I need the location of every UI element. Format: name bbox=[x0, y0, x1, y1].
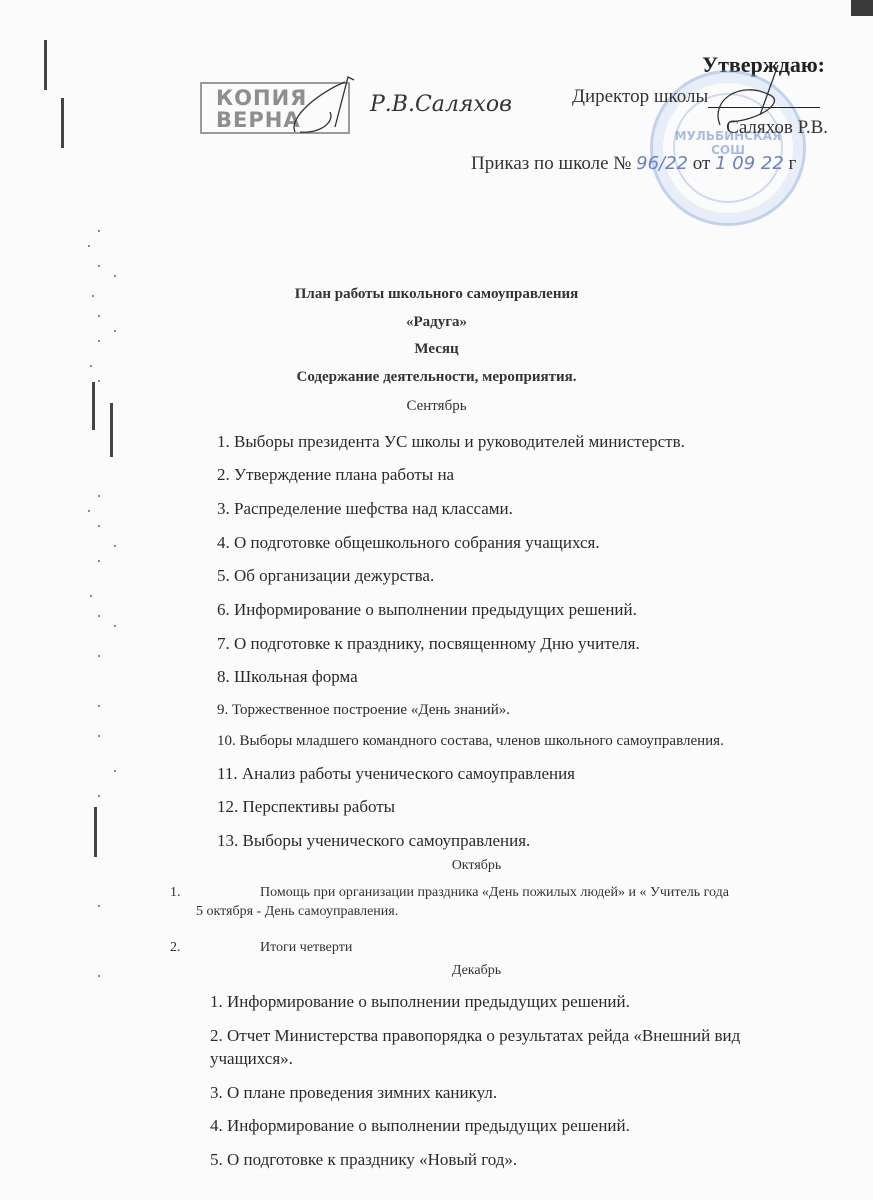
copy-signature-icon bbox=[290, 72, 370, 142]
list-item: Помощь при организации праздника «День п… bbox=[260, 885, 729, 901]
section-heading-december: Декабрь bbox=[40, 963, 873, 979]
list-item: 1. Информирование о выполнении предыдущи… bbox=[210, 992, 630, 1012]
list-item-continuation: учащихся». bbox=[210, 1049, 293, 1069]
list-item: 1. Выборы президента УС школы и руководи… bbox=[217, 432, 685, 452]
list-item: 3. Распределение шефства над классами. bbox=[217, 499, 513, 519]
scan-artifact-bar bbox=[61, 98, 64, 148]
section-heading-september: Сентябрь bbox=[0, 398, 873, 415]
order-from: от bbox=[693, 153, 711, 174]
list-item: 11. Анализ работы ученического самоуправ… bbox=[217, 764, 575, 784]
content-heading: Содержание деятельности, мероприятия. bbox=[0, 369, 873, 386]
scan-artifact-bar bbox=[44, 40, 47, 90]
order-date: 1 09 22 bbox=[715, 153, 784, 174]
list-item: 6. Информирование о выполнении предыдущи… bbox=[217, 600, 637, 620]
list-item: 7. О подготовке к празднику, посвященном… bbox=[217, 634, 640, 654]
director-name: Саляхов Р.В. bbox=[726, 117, 828, 139]
list-item: 8. Школьная форма bbox=[217, 667, 358, 687]
list-item: 5. О подготовке к празднику «Новый год». bbox=[210, 1150, 517, 1170]
order-suffix: г bbox=[789, 153, 797, 174]
list-item: 9. Торжественное построение «День знаний… bbox=[217, 702, 510, 719]
list-item: 3. О плане проведения зимних каникул. bbox=[210, 1083, 497, 1103]
order-line: Приказ по школе № 96/22 от 1 09 22 г bbox=[471, 153, 796, 175]
list-item: 4. О подготовке общешкольного собрания у… bbox=[217, 533, 600, 553]
list-item: Итоги четверти bbox=[260, 940, 352, 956]
director-label: Директор школы bbox=[572, 86, 708, 107]
list-item-number: 1. bbox=[170, 885, 181, 901]
month-heading: Месяц bbox=[0, 341, 873, 358]
list-item: 2. Отчет Министерства правопорядка о рез… bbox=[210, 1026, 740, 1046]
plan-title: План работы школьного самоуправления bbox=[0, 286, 873, 303]
list-item: 4. Информирование о выполнении предыдущи… bbox=[210, 1116, 630, 1136]
scan-corner-mark bbox=[851, 0, 873, 16]
plan-subtitle: «Радуга» bbox=[0, 314, 873, 331]
scan-specks bbox=[84, 215, 124, 1015]
list-item: 10. Выборы младшего командного состава, … bbox=[217, 733, 724, 750]
list-item: 5. Об организации дежурства. bbox=[217, 566, 434, 586]
order-number: 96/22 bbox=[636, 153, 688, 174]
list-item: 2. Утверждение плана работы на bbox=[217, 465, 454, 485]
order-prefix: Приказ по школе № bbox=[471, 153, 631, 174]
list-item-continuation: 5 октября - День самоуправления. bbox=[196, 904, 398, 920]
copy-signature-name: Р.В.Саляхов bbox=[370, 92, 512, 117]
list-item-number: 2. bbox=[170, 940, 181, 956]
list-item: 12. Перспективы работы bbox=[217, 797, 395, 817]
section-heading-october: Октябрь bbox=[40, 858, 873, 874]
list-item: 13. Выборы ученического самоуправления. bbox=[217, 831, 530, 851]
